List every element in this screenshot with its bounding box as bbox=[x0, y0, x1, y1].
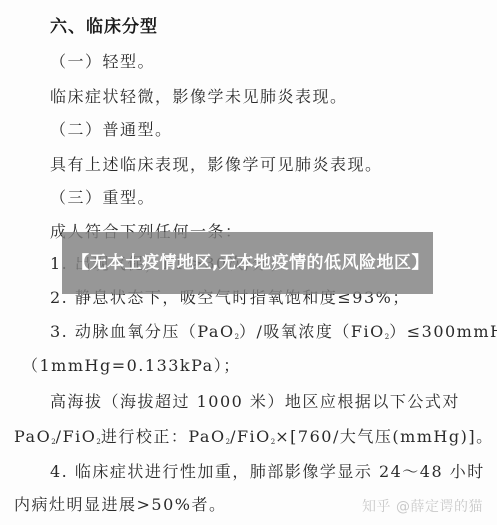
type-moderate-description: 具有上述临床表现，影像学可见肺炎表现。 bbox=[50, 155, 383, 175]
altitude-note-line1: 高海拔（海拔超过 1000 米）地区应根据以下公式对 bbox=[50, 392, 460, 412]
criterion-3-part1: 3. 动脉血氧分压（PaO bbox=[50, 322, 235, 341]
altitude-note-line2: PaO2/FiO2进行校正：PaO2/FiO2×[760/大气压(mmHg)]。 bbox=[14, 427, 494, 452]
criterion-3-unit-note: （1mmHg=0.133kPa）； bbox=[22, 356, 241, 376]
severe-criterion-4-line2: 内病灶明显进展>50%者。 bbox=[14, 495, 226, 515]
type-severe-title: （三）重型。 bbox=[50, 188, 155, 208]
title-overlay-banner: 【无本土疫情地区,无本地疫情的低风险地区】 bbox=[62, 232, 433, 294]
criterion-3-part2: ）/吸氧浓度（FiO bbox=[239, 322, 385, 341]
severe-criterion-4-line1: 4. 临床症状进行性加重，肺部影像学显示 24～48 小时 bbox=[50, 462, 485, 482]
formula-multiplier: ×[760/大气压(mmHg)]。 bbox=[275, 427, 493, 446]
document-page: 六、临床分型 （一）轻型。 临床症状轻微，影像学未见肺炎表现。 （二）普通型。 … bbox=[0, 0, 497, 525]
severe-criterion-3: 3. 动脉血氧分压（PaO2）/吸氧浓度（FiO2）≤300mmHg bbox=[50, 322, 497, 347]
type-moderate-title: （二）普通型。 bbox=[50, 120, 173, 140]
type-mild-description: 临床症状轻微，影像学未见肺炎表现。 bbox=[50, 87, 348, 107]
type-mild-title: （一）轻型。 bbox=[50, 52, 155, 72]
formula-pao: PaO bbox=[14, 427, 51, 446]
criterion-3-part3: ）≤300mmHg bbox=[389, 322, 497, 341]
formula-fio: /FiO bbox=[230, 427, 271, 446]
overlay-title: 【无本土疫情地区,无本地疫情的低风险地区】 bbox=[72, 251, 423, 276]
zhihu-watermark: 知乎 @薛定谔的猫 bbox=[362, 496, 483, 516]
formula-correction: 进行校正：PaO bbox=[101, 427, 226, 446]
formula-fio: /FiO bbox=[56, 427, 97, 446]
section-heading: 六、临床分型 bbox=[50, 17, 158, 37]
